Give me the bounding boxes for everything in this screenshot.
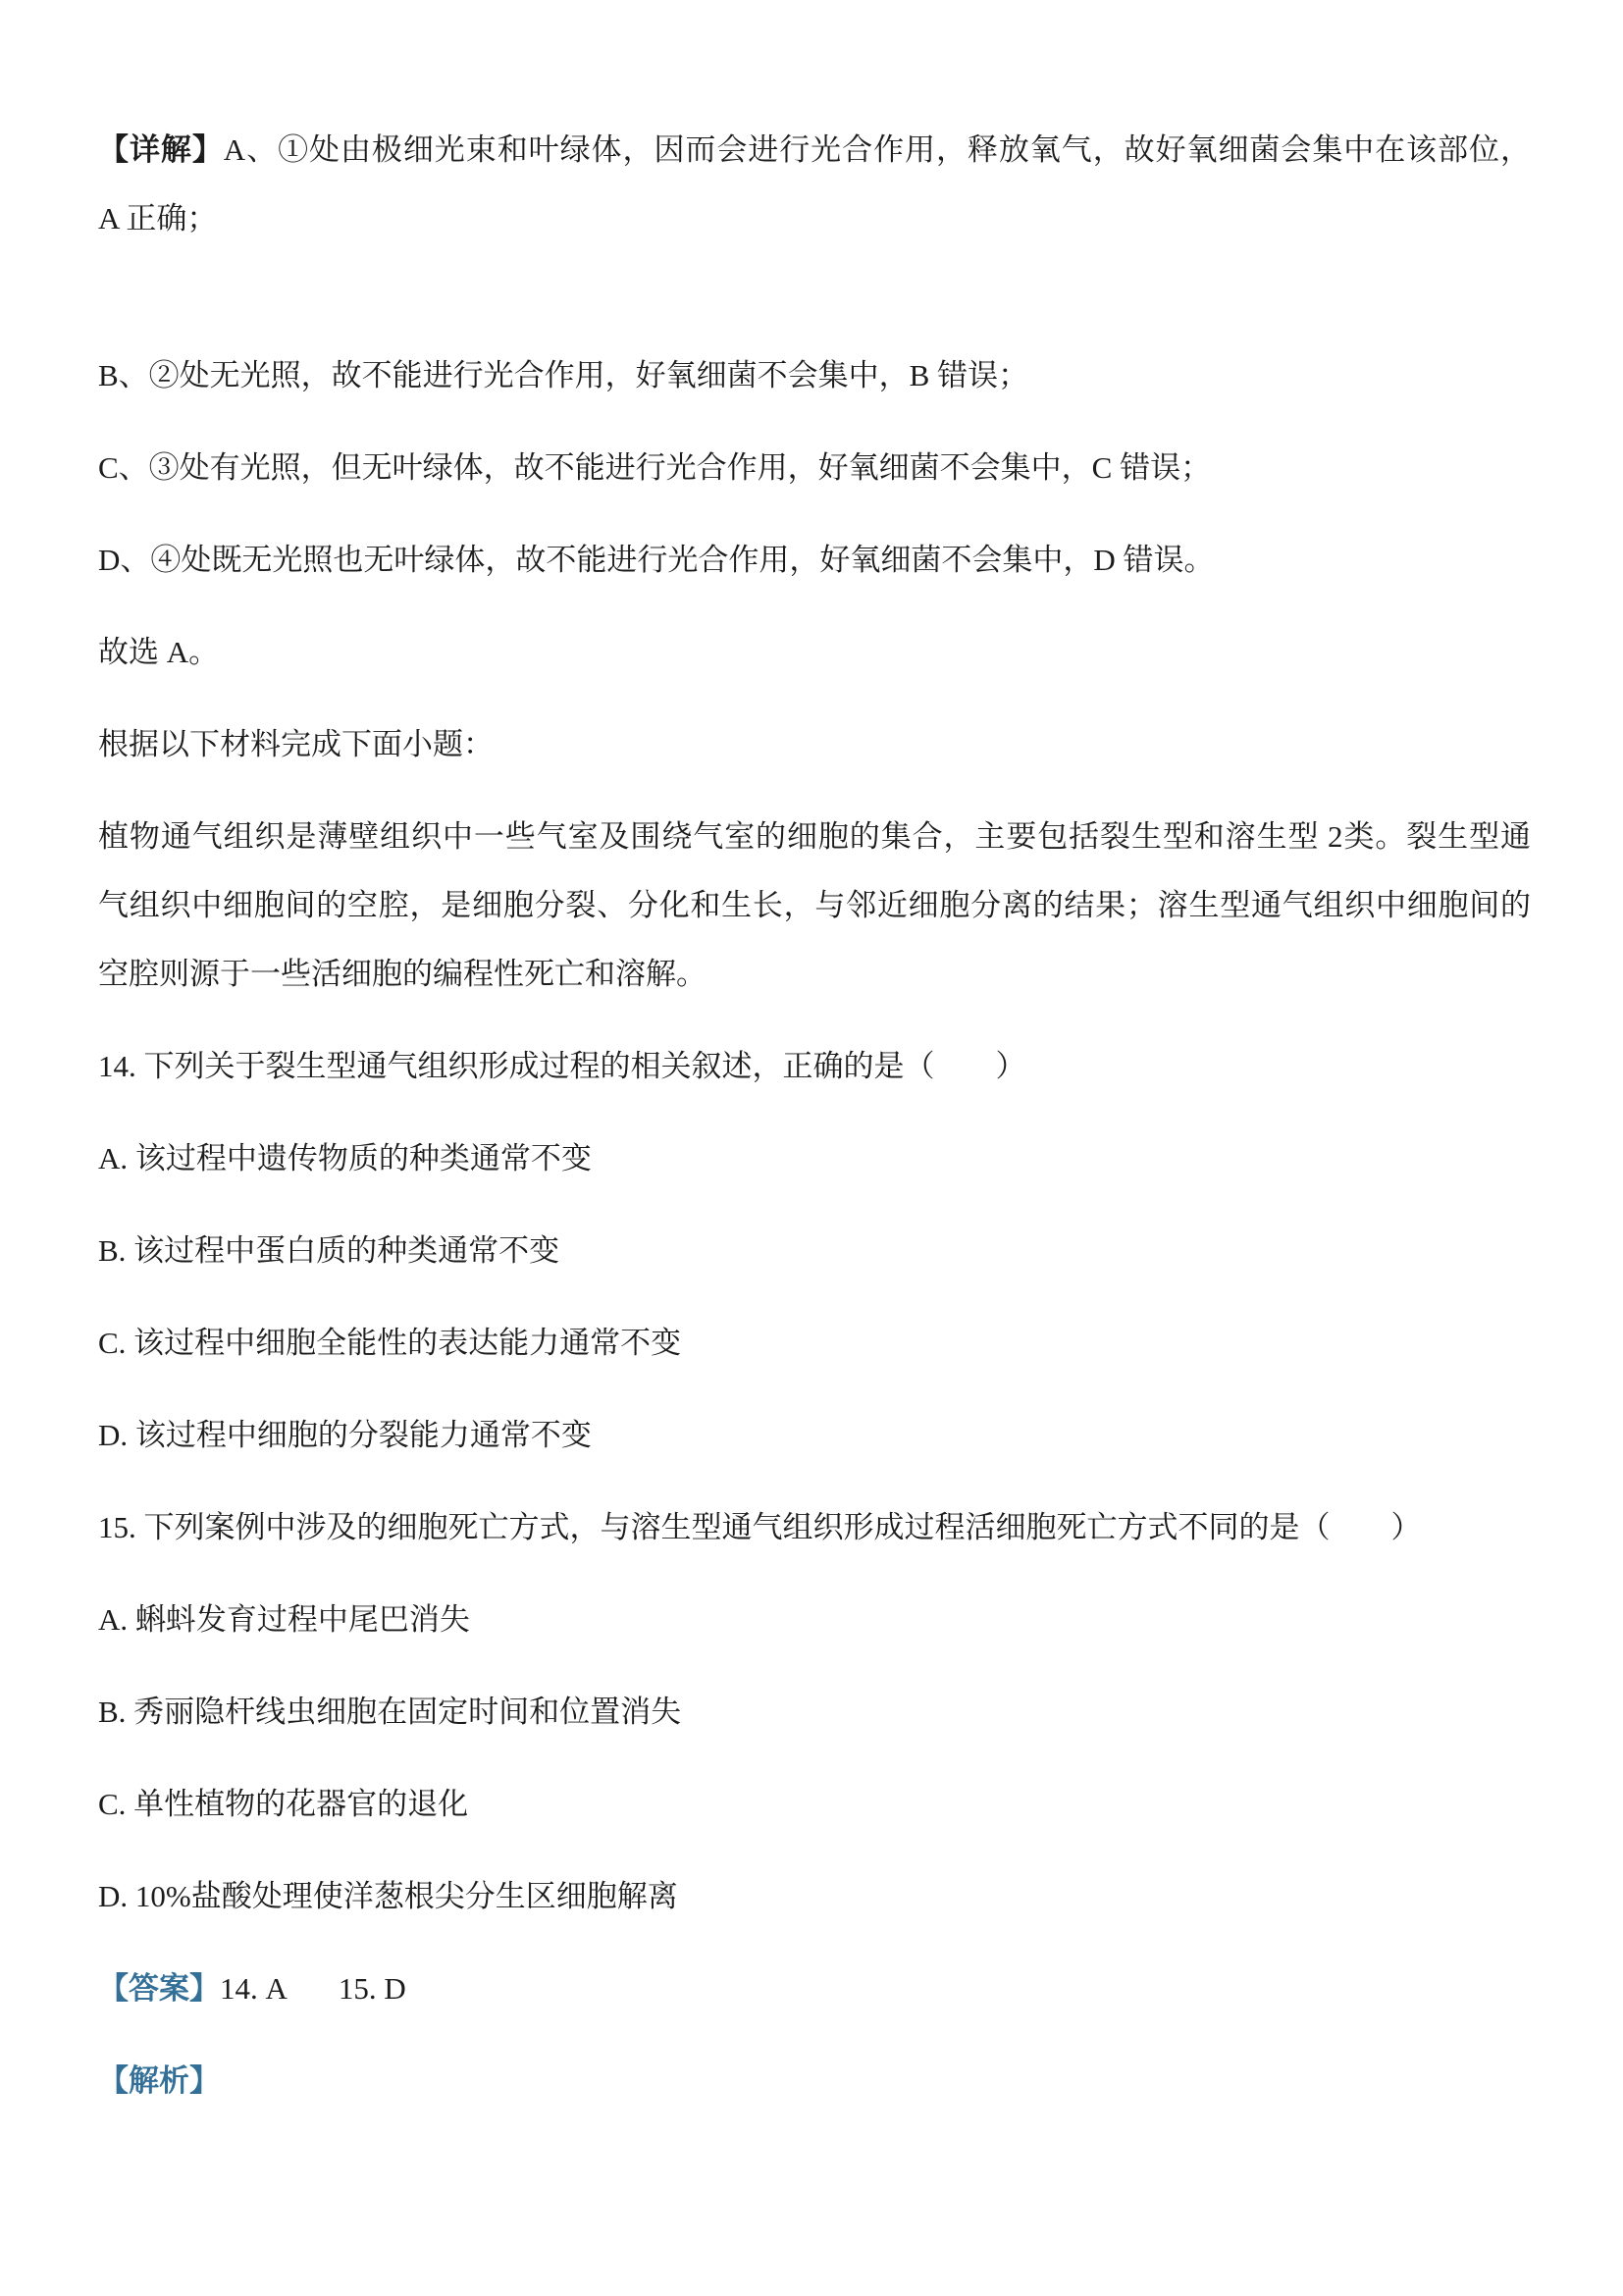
q15-option-c: C. 单性植物的花器官的退化 (98, 1770, 1531, 1839)
answer-line: 【答案】14. A15. D (98, 1955, 1531, 2023)
detail-conclusion: 故选 A。 (98, 618, 1531, 687)
detail-paragraph-d: D、④处既无光照也无叶绿体，故不能进行光合作用，好氧细菌不会集中，D 错误。 (98, 526, 1531, 595)
analysis-label: 【解析】 (98, 2063, 220, 2098)
q14-option-a: A. 该过程中遗传物质的种类通常不变 (98, 1124, 1531, 1193)
answer-label: 【答案】 (98, 1971, 220, 2006)
material-paragraph: 植物通气组织是薄壁组织中一些气室及围绕气室的细胞的集合，主要包括裂生型和溶生型 … (98, 803, 1531, 1009)
detail-label: 【详解】 (98, 132, 224, 167)
q14-option-c: C. 该过程中细胞全能性的表达能力通常不变 (98, 1309, 1531, 1378)
detail-a-line2: A 正确； (98, 184, 1531, 253)
q15-option-d: D. 10%盐酸处理使洋葱根尖分生区细胞解离 (98, 1862, 1531, 1931)
q14-option-d: D. 该过程中细胞的分裂能力通常不变 (98, 1401, 1531, 1470)
document-page: 【详解】A、①处由极细光束和叶绿体，因而会进行光合作用，释放氧气，故好氧细菌会集… (0, 0, 1623, 2296)
q15-stem: 15. 下列案例中涉及的细胞死亡方式，与溶生型通气组织形成过程活细胞死亡方式不同… (98, 1493, 1531, 1562)
detail-paragraph-c: C、③处有光照，但无叶绿体，故不能进行光合作用，好氧细菌不会集中，C 错误； (98, 434, 1531, 502)
q14-option-b: B. 该过程中蛋白质的种类通常不变 (98, 1217, 1531, 1285)
detail-a-line1: 【详解】A、①处由极细光束和叶绿体，因而会进行光合作用，释放氧气，故好氧细菌会集… (98, 116, 1531, 184)
q14-stem: 14. 下列关于裂生型通气组织形成过程的相关叙述，正确的是（ ） (98, 1032, 1531, 1101)
material-line1: 植物通气组织是薄壁组织中一些气室及围绕气室的细胞的集合，主要包括裂生型和溶生型 … (98, 803, 1531, 871)
q15-option-b: B. 秀丽隐杆线虫细胞在固定时间和位置消失 (98, 1678, 1531, 1747)
material-line2: 气组织中细胞间的空腔，是细胞分裂、分化和生长，与邻近细胞分离的结果；溶生型通气组… (98, 871, 1531, 940)
q15-option-a: A. 蝌蚪发育过程中尾巴消失 (98, 1586, 1531, 1654)
analysis-line: 【解析】 (98, 2047, 1531, 2115)
answer-item-14: 14. A (220, 1971, 288, 2006)
detail-paragraph-b: B、②处无光照，故不能进行光合作用，好氧细菌不会集中，B 错误； (98, 341, 1531, 410)
material-line3: 空腔则源于一些活细胞的编程性死亡和溶解。 (98, 940, 1531, 1009)
blank-line (98, 277, 1531, 341)
answer-item-15: 15. D (339, 1971, 406, 2006)
detail-a-text: A、①处由极细光束和叶绿体，因而会进行光合作用，释放氧气，故好氧细菌会集中在该部… (224, 132, 1531, 167)
detail-paragraph-a: 【详解】A、①处由极细光束和叶绿体，因而会进行光合作用，释放氧气，故好氧细菌会集… (98, 116, 1531, 253)
material-intro: 根据以下材料完成下面小题： (98, 710, 1531, 779)
